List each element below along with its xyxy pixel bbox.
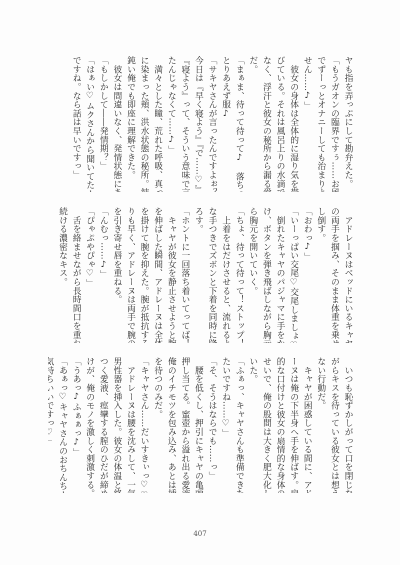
text-line: 「サキヤさんが言ったんですよぉ？ bbox=[204, 56, 218, 192]
text-line: 鈍い俺でも即座に理解できた。 bbox=[123, 56, 137, 192]
text-line: がらキスを待っている彼女とは想え bbox=[327, 357, 341, 493]
text-line: いつも恥ずかしがって口を閉じな bbox=[340, 357, 354, 493]
text-line: 舌を絡ませながら長時間口を重ね bbox=[69, 207, 83, 343]
text-line: りも早く、アドレーヌは両手で腕の胴 bbox=[123, 207, 137, 343]
text-line: 的な口付けと彼女の扇情的な身体の bbox=[272, 357, 286, 493]
text-line: を掛けて腕を抑えた。腕が抵抗するよ bbox=[137, 207, 151, 343]
text-line: 「ふぁっ、キャヤさんも準備できたみ bbox=[232, 357, 246, 493]
text-line: を引き寄せ唇を重ねる。 bbox=[109, 207, 123, 343]
text-line: けが、俺のモノを激しく刺激する。 bbox=[82, 357, 96, 493]
text-line: 「そ、そうはならでも……っ」 bbox=[204, 357, 218, 493]
text-line: なく、浮汗と彼女の秘所から漏る愛液 bbox=[259, 56, 273, 192]
text-line: 俺のイチモツを包み込み、あとは挿入 bbox=[164, 357, 178, 493]
text-line: でずーっとオナニーしても治まりよ bbox=[313, 56, 327, 192]
text-line: に染まった頬、洪水状態の秘所。鈍が bbox=[137, 56, 151, 192]
text-line: し倒す。 bbox=[313, 207, 327, 343]
text-line: ヤも指を弄っぷにして勘弁えた。 bbox=[340, 56, 354, 192]
text-tier-bottom: いつも恥ずかしがって口を閉じな がらキスを待っている彼女とは想え ない行動だ。 … bbox=[48, 357, 354, 493]
text-line: 「もしかして――発情期？」 bbox=[96, 56, 110, 192]
text-line: 『寝よう』って、そういう意味で言っ bbox=[177, 56, 191, 192]
text-line: ない行動だ。 bbox=[313, 357, 327, 493]
text-line: ーヌは俺の下半身へ手を伸ばす。扇情 bbox=[286, 357, 300, 493]
text-line: 彼女は間違いなく、発情状態にある。 bbox=[109, 56, 123, 192]
text-line: 倒れたキャヤのパジャマに手をか bbox=[272, 207, 286, 343]
text-line: 今日は『早く寝よう』『で……♡』 bbox=[191, 56, 205, 192]
text-tier-middle: アドレーヌはベッドにいるキャヤ の両手を掴み、そのまま体重を乗せて押 し倒す。 … bbox=[48, 207, 354, 343]
text-line: 上着をはだけさせると、流れるよう bbox=[218, 207, 232, 343]
text-line: 押し当てる。蜜壺から溢れ出る愛液が bbox=[177, 357, 191, 493]
text-line: せん……♪」 bbox=[300, 56, 314, 192]
page-number: 407 bbox=[0, 530, 400, 538]
text-line: 「ちょ、待って待って！ストップ！」 bbox=[232, 207, 246, 343]
text-line: ですね。なら話は早いですっ」 bbox=[69, 56, 83, 192]
text-line: け、ボタンを弾き飛ばしながら胸元や bbox=[259, 207, 273, 343]
text-line: ろす。 bbox=[191, 207, 205, 343]
text-line: びている。それは風呂上りの水滴では bbox=[272, 56, 286, 192]
text-line: 「まぁま、待って待って♪ 落ちつっ、 bbox=[232, 56, 246, 192]
text-line: キャヤが困惑している間に、アドレ bbox=[300, 357, 314, 493]
text-line: 「おわっ♪」 bbox=[300, 207, 314, 343]
text-line: 「あぁっ♡キャヤさんのおちんちん bbox=[55, 357, 69, 493]
text-line: 「キャヤさん……だいすきぃっ♡♡」 bbox=[137, 357, 151, 493]
text-line: 彼女の身体は全体的に湿り気を帯 bbox=[286, 56, 300, 192]
text-line: 「ホントに一回落ち着いてってば！」 bbox=[177, 207, 191, 343]
text-line: な手つきでズボンと下着を同時に降 bbox=[204, 207, 218, 343]
text-line: ら胸元を開いていく。 bbox=[245, 207, 259, 343]
text-line: 続ける濃密なキス。 bbox=[55, 207, 69, 343]
text-line: 「ぴゃぷやぴゃ♡」 bbox=[82, 207, 96, 343]
text-tier-top: ヤも指を弄っぷにして勘弁えた。 「もうガオンの臨界ですぅ……お風呂 でずーっとオ… bbox=[48, 56, 354, 192]
text-line: を待つのみだ。 bbox=[150, 357, 164, 493]
text-line: 「いーっぱい交尾♡交尾しましょ♡」 bbox=[286, 207, 300, 343]
text-line: 「はぁい♡ムクさんから聞いてたん bbox=[82, 56, 96, 192]
text-line: たいですね……♡」 bbox=[218, 357, 232, 493]
text-line: いた。 bbox=[245, 357, 259, 493]
text-line: 腰を低くし、押引にキャヤの亀頭を bbox=[191, 357, 205, 493]
text-line: つく愛液、痙攣する膣のひだが締め付 bbox=[96, 357, 110, 493]
text-line: アドレーヌはベッドにいるキャヤ bbox=[340, 207, 354, 343]
text-line: 「もうガオンの臨界ですぅ……お風呂 bbox=[327, 56, 341, 192]
text-line: 「うあっ♪ふぁぁっ♪」 bbox=[69, 357, 83, 493]
text-line: 男性器を挿入した。彼女の体温と絡み bbox=[109, 357, 123, 493]
text-line: とりあえず服♪ bbox=[218, 56, 232, 192]
text-line: だ。 bbox=[245, 56, 259, 192]
text-line: 気持ちいいですっ♡」 bbox=[48, 357, 55, 493]
text-line: を伸ばした瞬間、アドレーヌは全体重 bbox=[150, 207, 164, 343]
text-line: 「んむっ……♪」 bbox=[96, 207, 110, 343]
book-page: ヤも指を弄っぷにして勘弁えた。 「もうガオンの臨界ですぅ……お風呂 でずーっとオ… bbox=[0, 0, 400, 565]
text-line: たんじゃなくて……♪」 bbox=[164, 56, 178, 192]
text-line: せいで、俺の股間は大きく肥大化して bbox=[259, 357, 273, 493]
text-line: の両手を掴み、そのまま体重を乗せて押 bbox=[327, 207, 341, 343]
text-line: キャヤが彼女を静止させようと腕 bbox=[164, 207, 178, 343]
text-line: 満々とした瞳、荒れた呼吸、真っ赤 bbox=[150, 56, 164, 192]
text-line: アドレーヌは腰を沈みして、一気に bbox=[123, 357, 137, 493]
